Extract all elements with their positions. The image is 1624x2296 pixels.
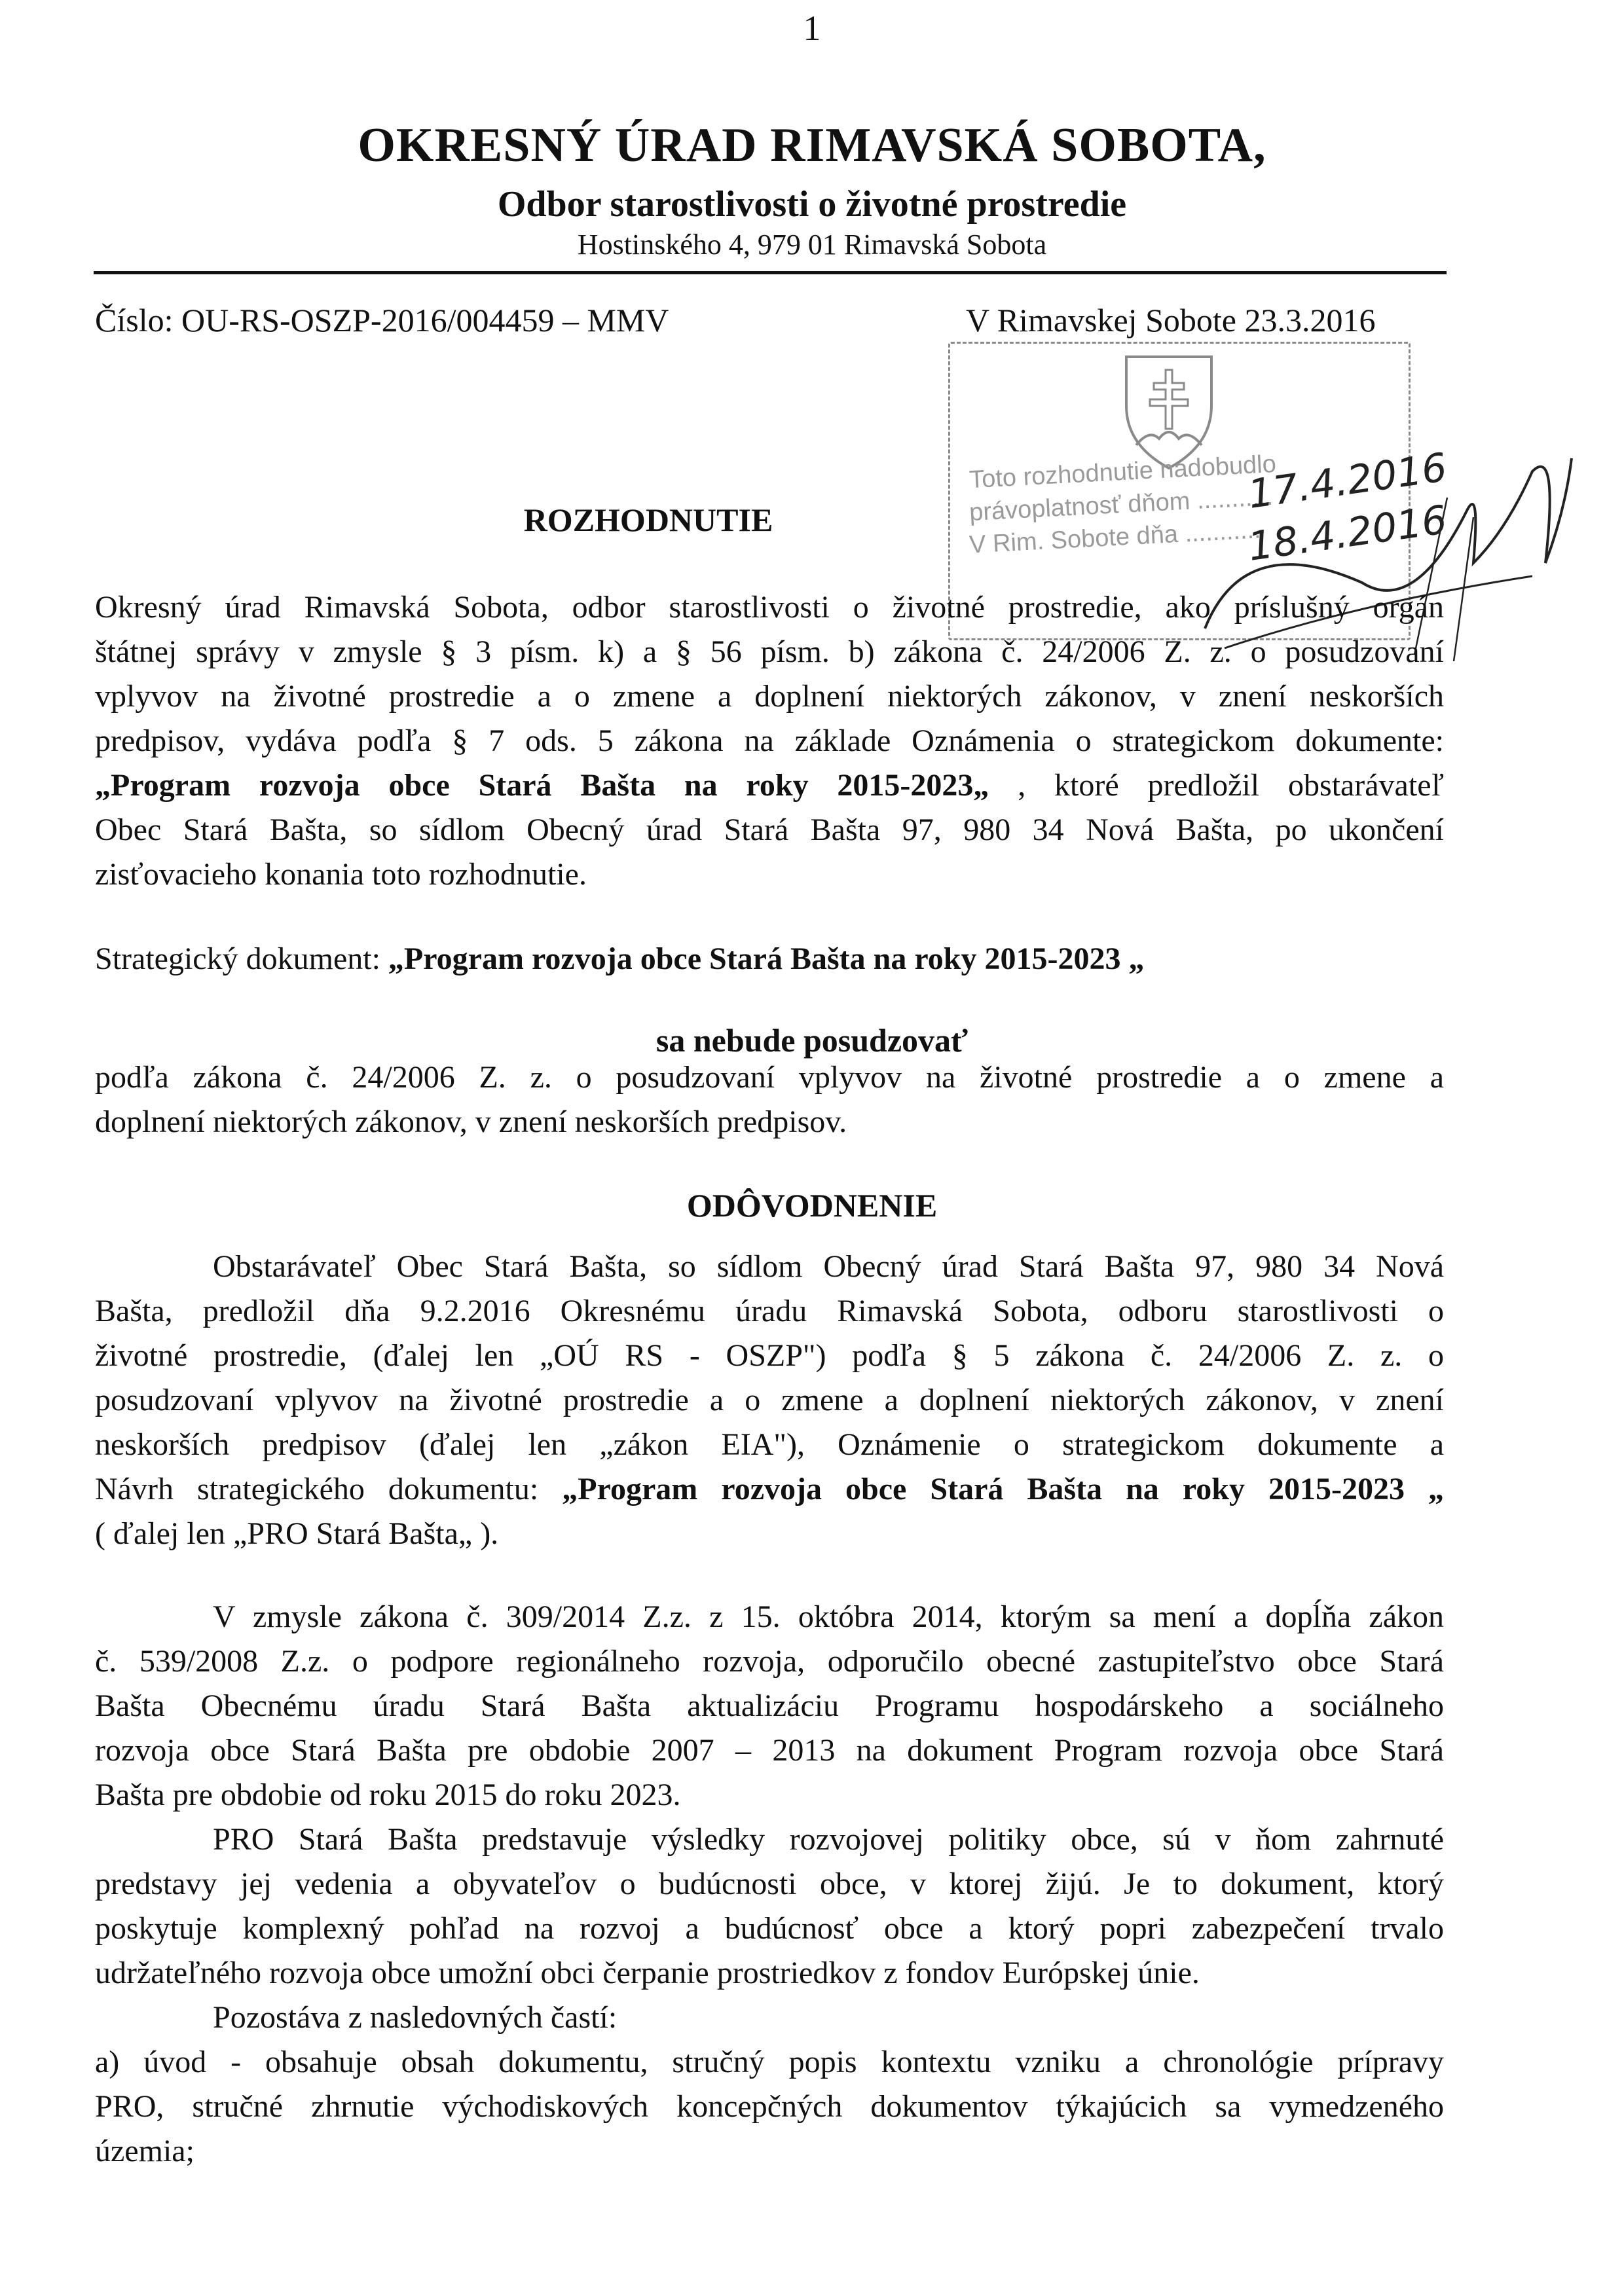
strategic-document-line: Strategický dokument: „Program rozvoja o… — [95, 939, 1444, 979]
office-name: OKRESNÝ ÚRAD RIMAVSKÁ SOBOTA, — [0, 118, 1624, 173]
paragraph-line: PRO Stará Bašta predstavuje výsledky roz… — [95, 1820, 1444, 1859]
paragraph-line: predstavy jej vedenia a obyvateľov o bud… — [95, 1865, 1444, 1904]
decision-title: ROZHODNUTIE — [0, 501, 1460, 539]
justification-line: životné prostredie, (ďalej len „OÚ RS - … — [95, 1336, 1444, 1376]
parts-item: a) úvod - obsahuje obsah dokumentu, stru… — [95, 2043, 1444, 2082]
paragraph-line: č. 539/2008 Z.z. o podpore regionálneho … — [95, 1642, 1444, 1681]
verdict-basis-line: doplnení niektorých zákonov, v znení nes… — [95, 1102, 1444, 1142]
justification-line: neskorších predpisov (ďalej len „zákon E… — [95, 1425, 1444, 1465]
verdict-basis-line: podľa zákona č. 24/2006 Z. z. o posudzov… — [95, 1058, 1444, 1097]
intro-line: štátnej správy v zmysle § 3 písm. k) a §… — [95, 632, 1444, 672]
parts-item: územia; — [95, 2132, 1444, 2171]
place-and-date: V Rimavskej Sobote 23.3.2016 — [966, 301, 1375, 339]
paragraph-line: rozvoja obce Stará Bašta pre obdobie 200… — [95, 1731, 1444, 1770]
verdict: sa nebude posudzovať — [0, 1021, 1624, 1059]
intro-line: „Program rozvoja obce Stará Bašta na rok… — [95, 766, 1444, 805]
parts-intro: Pozostáva z nasledovných častí: — [95, 1998, 1444, 2037]
justification-line: Obstarávateľ Obec Stará Bašta, so sídlom… — [95, 1247, 1444, 1286]
intro-line: predpisov, vydáva podľa § 7 ods. 5 zákon… — [95, 721, 1444, 761]
parts-item: PRO, stručné zhrnutie východiskových kon… — [95, 2087, 1444, 2126]
paragraph-line: Bašta Obecnému úradu Stará Bašta aktuali… — [95, 1686, 1444, 1726]
intro-line: vplyvov na životné prostredie a o zmene … — [95, 677, 1444, 716]
paragraph-line: V zmysle zákona č. 309/2014 Z.z. z 15. o… — [95, 1597, 1444, 1637]
justification-line: ( ďalej len „PRO Stará Bašta„ ). — [95, 1514, 1444, 1554]
paragraph-line: poskytuje komplexný pohľad na rozvoj a b… — [95, 1909, 1444, 1948]
program-name: „Program rozvoja obce Stará Bašta na rok… — [95, 768, 989, 803]
justification-line: Bašta, predložil dňa 9.2.2016 Okresnému … — [95, 1292, 1444, 1331]
document-page: 1 OKRESNÝ ÚRAD RIMAVSKÁ SOBOTA, Odbor st… — [0, 0, 1624, 2296]
department-name: Odbor starostlivosti o životné prostredi… — [0, 183, 1624, 225]
intro-line: Okresný úrad Rimavská Sobota, odbor star… — [95, 588, 1444, 627]
strategic-document-name: „Program rozvoja obce Stará Bašta na rok… — [388, 941, 1145, 976]
intro-line: zisťovacieho konania toto rozhodnutie. — [95, 855, 1444, 894]
page-number: 1 — [0, 8, 1624, 48]
paragraph-line: Bašta pre obdobie od roku 2015 do roku 2… — [95, 1776, 1444, 1815]
reference-number: Číslo: OU-RS-OSZP-2016/004459 – MMV — [95, 301, 669, 339]
justification-line: posudzovaní vplyvov na životné prostredi… — [95, 1381, 1444, 1420]
paragraph-line: udržateľného rozvoja obce umožní obci če… — [95, 1954, 1444, 1993]
intro-line: Obec Stará Bašta, so sídlom Obecný úrad … — [95, 811, 1444, 850]
justification-title: ODÔVODNENIE — [0, 1186, 1624, 1224]
header-divider — [94, 271, 1447, 274]
justification-line: Návrh strategického dokumentu: „Program … — [95, 1470, 1444, 1509]
office-address: Hostinského 4, 979 01 Rimavská Sobota — [0, 228, 1624, 261]
